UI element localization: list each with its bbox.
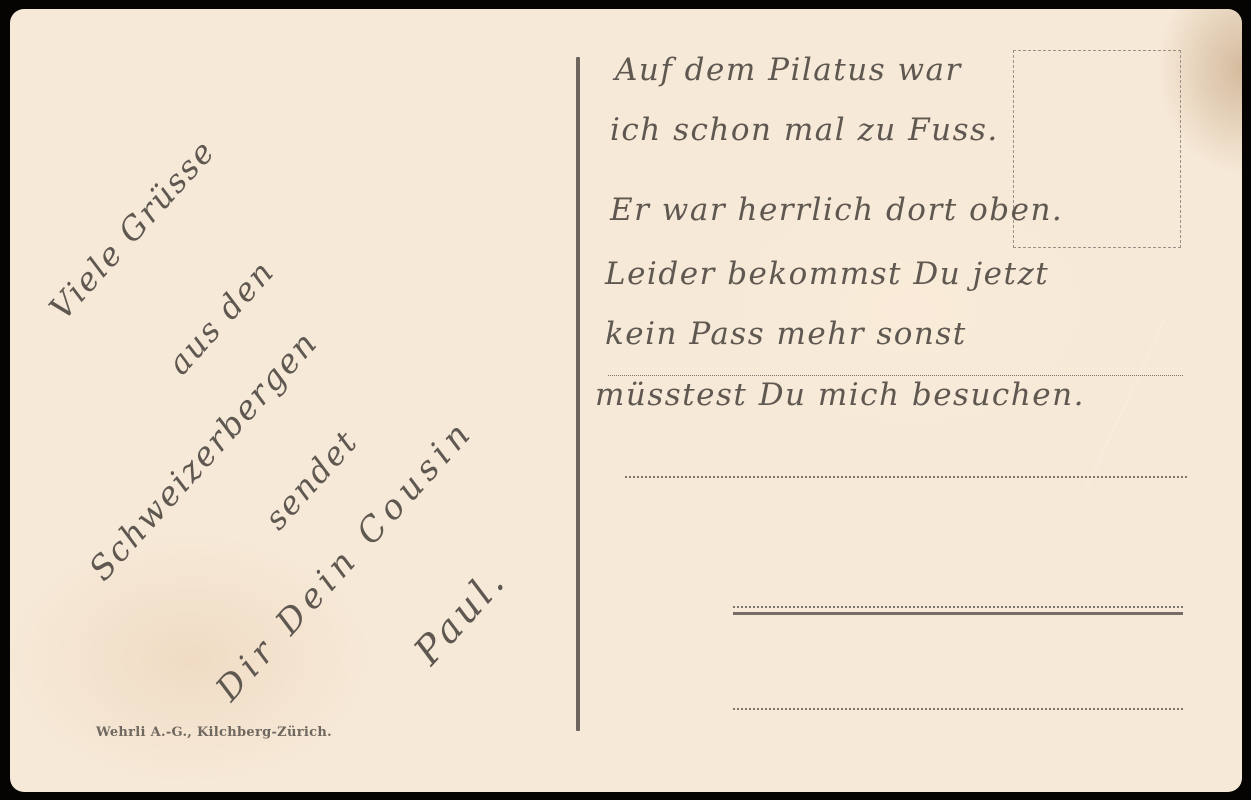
paper-crease [1085,319,1242,489]
message-line-6: müsstest Du mich besuchen. [595,377,1085,413]
greeting-line-1: Viele Grüsse [42,132,223,327]
address-line-1 [625,476,1187,478]
message-line-5: kein Pass mehr sonst [605,316,967,352]
signature: Paul. [405,558,515,673]
address-line-2 [733,612,1183,615]
publisher-imprint: Wehrli A.-G., Kilchberg-Zürich. [96,725,332,740]
postcard-back: Viele Grüsse aus den Schweizerbergen sen… [10,9,1242,792]
address-line-0 [608,375,1183,376]
message-line-2: ich schon mal zu Fuss. [610,112,999,148]
center-divider [576,57,580,731]
address-line-2-dotted [733,606,1183,608]
message-line-3: Er war herrlich dort oben. [610,192,1063,228]
greeting-line-4: sendet [257,422,366,537]
message-line-1: Auf dem Pilatus war [615,52,962,88]
address-line-3 [733,708,1183,710]
message-line-4: Leider bekommst Du jetzt [605,256,1049,292]
